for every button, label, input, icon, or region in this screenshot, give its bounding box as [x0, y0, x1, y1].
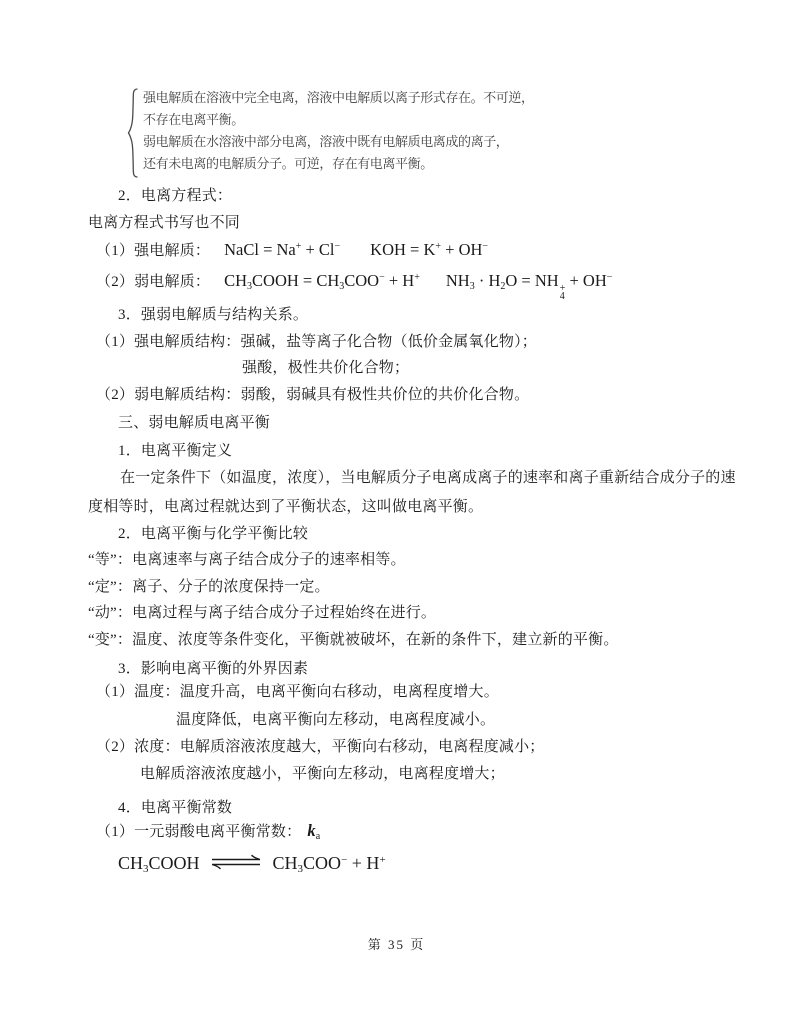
text-token: 强酸，极性共价化合物； [242, 360, 409, 376]
superscript: − [482, 241, 488, 252]
brace-figure-line: 强电解质在溶液中完全电离，溶液中电解质以离子形式存在。不可逆， [143, 88, 534, 108]
text-token: （2）弱电解质： [96, 274, 210, 290]
text-token: + Cl [301, 240, 334, 259]
superscript: + [379, 854, 385, 866]
text-token: 2．电离方程式： [118, 188, 232, 204]
text-token: CH [268, 853, 298, 873]
superscript: − [607, 272, 613, 283]
text-token: 4．电离平衡常数 [118, 800, 232, 816]
text-token: COOH [149, 853, 205, 873]
text-token: 温度降低，电离平衡向左移动，电离程度减小。 [176, 712, 495, 728]
brace-figure-line: 还有未电离的电解质分子。可逆，存在有电离平衡。 [143, 154, 433, 174]
item-temperature-continuation: 温度降低，电离平衡向左移动，电离程度减小。 [176, 710, 495, 730]
text-token: 电解质溶液浓度越小，平衡向左移动，电离程度增大； [140, 766, 505, 782]
text-token: “动”：电离过程与离子结合成分子过程始终在进行。 [88, 605, 436, 621]
text-token: O = NH [505, 271, 558, 290]
superscript: − [335, 241, 341, 252]
text-token: 度相等时，电离过程就达到了平衡状态，这叫做电离平衡。 [88, 499, 483, 515]
text-token: NaCl = Na [224, 240, 296, 259]
heading-section-three: 三、弱电解质电离平衡 [118, 413, 270, 433]
text-token: KOH = K [370, 240, 435, 259]
text-token: · H [475, 271, 501, 290]
item-strong-electrolyte-equations: （1）强电解质：NaCl = Na+ + Cl−KOH = K+ + OH− [96, 240, 488, 261]
item-strong-acid-continuation: 强酸，极性共价化合物； [242, 358, 409, 378]
text-token: 三、弱电解质电离平衡 [118, 415, 270, 431]
item-dynamic: “动”：电离过程与离子结合成分子过程始终在进行。 [88, 603, 436, 623]
text-token: + H [347, 853, 379, 873]
item-constant: “定”：离子、分子的浓度保持一定。 [88, 577, 330, 597]
text-token: （2）浓度：电解质溶液浓度越大，平衡向右移动，电离程度减小； [96, 739, 545, 755]
brace-figure-line: 不存在电离平衡。 [143, 110, 244, 130]
item-strong-electrolyte-structure: （1）强电解质结构：强碱，盐等离子化合物（低价金属氧化物）； [96, 332, 537, 352]
text-token: + H [385, 271, 414, 290]
text-token: 3．强弱电解质与结构关系。 [118, 307, 308, 323]
text-token: “等”：电离速率与离子结合成分子的速率相等。 [88, 552, 406, 568]
text-token: （1）强电解质： [96, 243, 210, 259]
item-temperature: （1）温度：温度升高，电离平衡向右移动，电离程度增大。 [96, 682, 499, 702]
item-concentration: （2）浓度：电解质溶液浓度越大，平衡向右移动，电离程度减小； [96, 737, 545, 757]
heading-equilibrium-definition: 1．电离平衡定义 [118, 441, 232, 461]
curly-brace-icon [125, 88, 139, 178]
heading-equilibrium-constant: 4．电离平衡常数 [118, 798, 232, 818]
page-number: 第 35 页 [0, 934, 793, 953]
item-change: “变”：温度、浓度等条件变化，平衡就被破坏，在新的条件下，建立新的平衡。 [88, 630, 619, 650]
text-token: “定”：离子、分子的浓度保持一定。 [88, 579, 330, 595]
text-token: 在一定条件下（如温度，浓度），当电解质分子电离成离子的速率和离子重新结合成分子的… [120, 470, 736, 486]
item-monoprotic-acid-constant: （1）一元弱酸电离平衡常数：ka [96, 821, 320, 842]
item-concentration-continuation: 电解质溶液浓度越小，平衡向左移动，电离程度增大； [140, 764, 505, 784]
text-token: COOH = CH [252, 271, 339, 290]
text-token: （1）一元弱酸电离平衡常数： [96, 824, 301, 840]
text-token: COO [344, 271, 379, 290]
text-token: NH [446, 271, 470, 290]
text-token: CH [224, 271, 247, 290]
brace-figure-line: 弱电解质在水溶液中部分电离，溶液中既有电解质电离成的离子， [143, 132, 508, 152]
text-token: （1）强电解质结构：强碱，盐等离子化合物（低价金属氧化物）； [96, 334, 537, 350]
text-token: 电离方程式书写也不同 [88, 215, 240, 231]
text-token: “变”：温度、浓度等条件变化，平衡就被破坏，在新的条件下，建立新的平衡。 [88, 632, 619, 648]
subscript: 4 [560, 293, 565, 301]
paragraph-definition-line2: 度相等时，电离过程就达到了平衡状态，这叫做电离平衡。 [88, 497, 483, 517]
text-token: COO [303, 853, 341, 873]
text-token: 2．电离平衡与化学平衡比较 [118, 526, 308, 542]
text-equation-writing-differs: 电离方程式书写也不同 [88, 213, 240, 233]
subscript: a [316, 831, 320, 842]
item-weak-electrolyte-equations: （2）弱电解质：CH3COOH = CH3COO− + H+NH3 · H2O … [96, 271, 612, 301]
document-page: 强电解质在溶液中完全电离，溶液中电解质以离子形式存在。不可逆，不存在电离平衡。弱… [0, 0, 793, 1020]
text-token: k [307, 821, 315, 840]
formula-acetic-acid-equilibrium: CH3COOH CH3COO− + H+ [118, 853, 386, 875]
paragraph-definition-line1: 在一定条件下（如温度，浓度），当电解质分子电离成离子的速率和离子重新结合成分子的… [120, 468, 736, 488]
heading-equilibrium-comparison: 2．电离平衡与化学平衡比较 [118, 524, 308, 544]
text-token: 1．电离平衡定义 [118, 443, 232, 459]
equilibrium-arrow-icon [209, 854, 263, 870]
text-token: CH [118, 853, 143, 873]
heading-ionization-equations: 2．电离方程式： [118, 186, 232, 206]
heading-external-factors: 3．影响电离平衡的外界因素 [118, 659, 308, 679]
text-token: + OH [565, 271, 606, 290]
text-token: 3．影响电离平衡的外界因素 [118, 661, 308, 677]
ionization-summary-figure: 强电解质在溶液中完全电离，溶液中电解质以离子形式存在。不可逆，不存在电离平衡。弱… [125, 87, 545, 179]
text-token: （2）弱电解质结构：弱酸，弱碱具有极性共价位的共价化合物。 [96, 387, 529, 403]
text-token: + OH [441, 240, 482, 259]
item-equal: “等”：电离速率与离子结合成分子的速率相等。 [88, 550, 406, 570]
superscript: + [414, 272, 420, 283]
heading-structure-relation: 3．强弱电解质与结构关系。 [118, 305, 308, 325]
item-weak-electrolyte-structure: （2）弱电解质结构：弱酸，弱碱具有极性共价位的共价化合物。 [96, 385, 529, 405]
text-token: （1）温度：温度升高，电离平衡向右移动，电离程度增大。 [96, 684, 499, 700]
